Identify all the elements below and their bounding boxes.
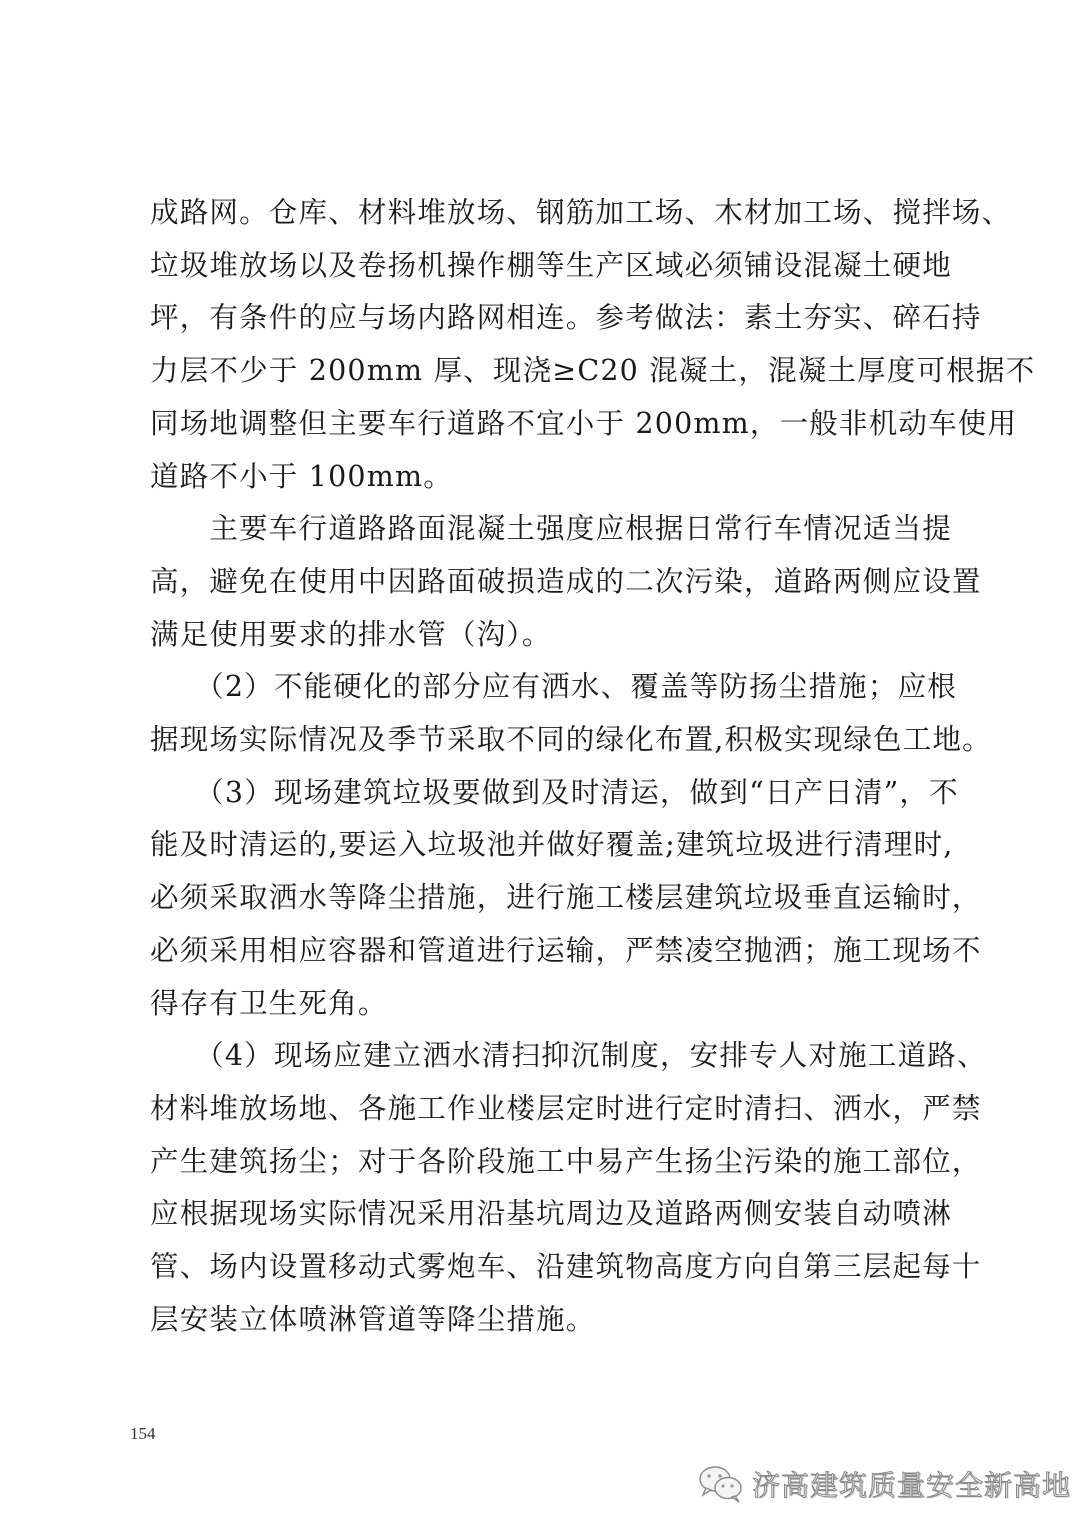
text-line: 坪，有条件的应与场内路网相连。参考做法：素土夯实、碎石持 bbox=[150, 292, 950, 344]
text-line: （4）现场应建立洒水清扫抑沉制度，安排专人对施工道路、 bbox=[150, 1030, 950, 1082]
watermark: 济高建筑质量安全新高地 bbox=[698, 1462, 1071, 1506]
text-line: （2）不能硬化的部分应有洒水、覆盖等防扬尘措施；应根 bbox=[150, 661, 950, 713]
document-page: 成路网。仓库、材料堆放场、钢筋加工场、木材加工场、搅拌场、垃圾堆放场以及卷扬机操… bbox=[0, 0, 1080, 1527]
watermark-text: 济高建筑质量安全新高地 bbox=[752, 1464, 1071, 1504]
text-line: 能及时清运的,要运入垃圾池并做好覆盖;建筑垃圾进行清理时, bbox=[150, 819, 950, 871]
wechat-icon bbox=[698, 1464, 744, 1504]
text-line: 同场地调整但主要车行道路不宜小于 200mm，一般非机动车使用 bbox=[150, 398, 950, 450]
text-line: 必须采用相应容器和管道进行运输，严禁凌空抛洒；施工现场不 bbox=[150, 925, 950, 977]
text-line: 管、场内设置移动式雾炮车、沿建筑物高度方向自第三层起每十 bbox=[150, 1241, 950, 1293]
text-line: 产生建筑扬尘；对于各阶段施工中易产生扬尘污染的施工部位， bbox=[150, 1136, 950, 1188]
text-line: 层安装立体喷淋管道等降尘措施。 bbox=[150, 1294, 950, 1346]
text-line: 应根据现场实际情况采用沿基坑周边及道路两侧安装自动喷淋 bbox=[150, 1188, 950, 1240]
text-line: 主要车行道路路面混凝土强度应根据日常行车情况适当提 bbox=[150, 503, 950, 555]
text-line: 成路网。仓库、材料堆放场、钢筋加工场、木材加工场、搅拌场、 bbox=[150, 187, 950, 239]
text-line: （3）现场建筑垃圾要做到及时清运，做到“日产日清”，不 bbox=[150, 767, 950, 819]
text-line: 道路不小于 100mm。 bbox=[150, 451, 950, 503]
text-line: 垃圾堆放场以及卷扬机操作棚等生产区域必须铺设混凝土硬地 bbox=[150, 240, 950, 292]
page-number: 154 bbox=[130, 1424, 156, 1444]
text-line: 得存有卫生死角。 bbox=[150, 978, 950, 1030]
text-line: 材料堆放场地、各施工作业楼层定时进行定时清扫、洒水，严禁 bbox=[150, 1083, 950, 1135]
text-line: 据现场实际情况及季节采取不同的绿化布置,积极实现绿色工地。 bbox=[150, 714, 950, 766]
text-line: 满足使用要求的排水管（沟）。 bbox=[150, 609, 950, 661]
text-line: 力层不少于 200mm 厚、现浇≥C20 混凝土，混凝土厚度可根据不 bbox=[150, 345, 950, 397]
text-line: 高，避免在使用中因路面破损造成的二次污染，道路两侧应设置 bbox=[150, 556, 950, 608]
text-line: 必须采取洒水等降尘措施，进行施工楼层建筑垃圾垂直运输时， bbox=[150, 872, 950, 924]
